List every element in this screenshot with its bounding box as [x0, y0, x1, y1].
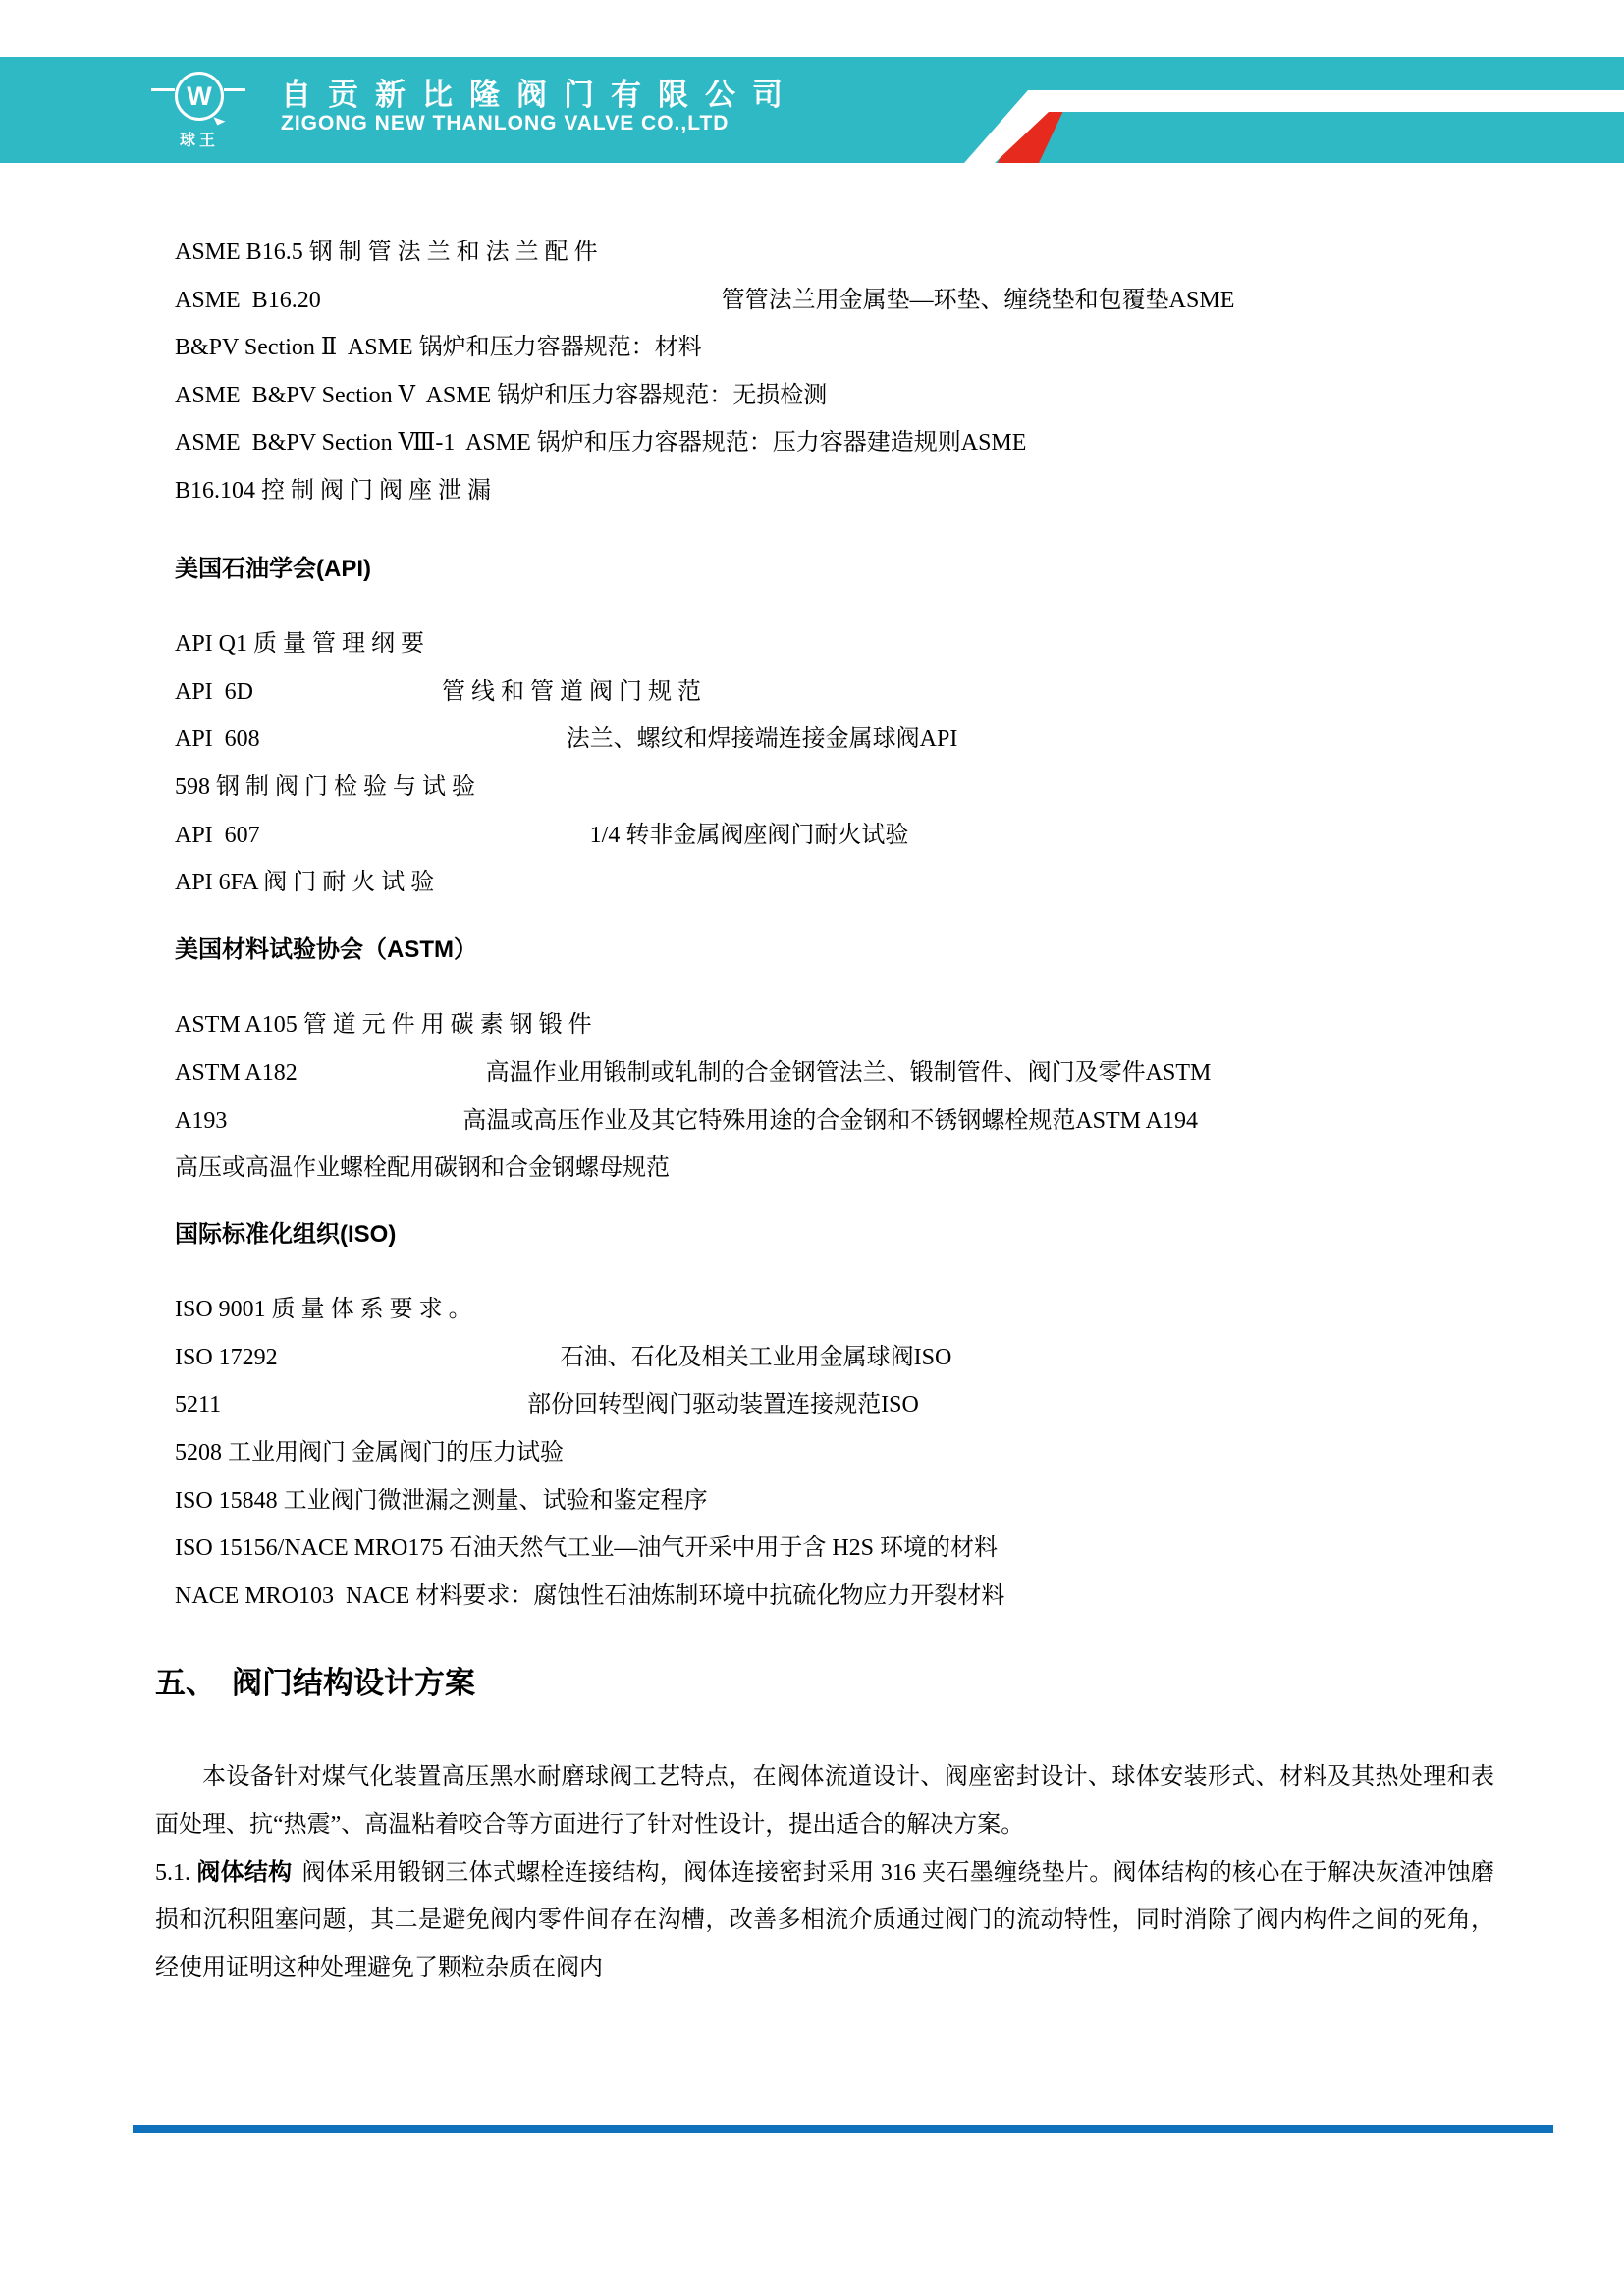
logo-subtext: 球王 [165, 128, 234, 150]
standard-line: ISO 9001 质 量 体 系 要 求 。 [155, 1286, 1494, 1334]
header-band: W 球王 自贡新比隆阀门有限公司 ZIGONG NEW THANLONG VAL… [0, 57, 1624, 163]
section-heading-iso: 国际标准化组织(ISO) [155, 1211, 1494, 1259]
standard-line: API 607 1/4 转非金属阀座阀门耐火试验 [155, 812, 1494, 860]
document-content: ASME B16.5 钢 制 管 法 兰 和 法 兰 配 件 ASME B16.… [155, 229, 1494, 1992]
standard-line: NACE MRO103 NACE 材料要求：腐蚀性石油炼制环境中抗硫化物应力开裂… [155, 1573, 1494, 1621]
standard-line: API 6FA 阀 门 耐 火 试 验 [155, 859, 1494, 907]
standard-line: ASME B16.5 钢 制 管 法 兰 和 法 兰 配 件 [155, 229, 1494, 277]
subsection-body: 阀体采用锻钢三体式螺栓连接结构，阀体连接密封采用 316 夹石墨缠绕垫片。阀体结… [155, 1860, 1494, 1981]
company-name-chinese: 自贡新比隆阀门有限公司 [281, 70, 799, 114]
standard-line: ASTM A182 高温作业用锻制或轧制的合金钢管法兰、锻制管件、阀门及零件AS… [155, 1049, 1494, 1097]
standard-line: ISO 15848 工业阀门微泄漏之测量、试验和鉴定程序 [155, 1477, 1494, 1525]
standard-line: ASTM A105 管 道 元 件 用 碳 素 钢 锻 件 [155, 1001, 1494, 1049]
standard-line: A193 高温或高压作业及其它特殊用途的合金钢和不锈钢螺栓规范ASTM A194 [155, 1097, 1494, 1146]
logo-line-right [224, 88, 245, 91]
chapter-number: 五、 [155, 1666, 216, 1700]
footer-bar [133, 2125, 1553, 2133]
standard-line: B16.104 控 制 阀 门 阀 座 泄 漏 [155, 467, 1494, 515]
standard-line: 5208 工业用阀门 金属阀门的压力试验 [155, 1429, 1494, 1477]
standard-line: ISO 17292 石油、石化及相关工业用金属球阀ISO [155, 1334, 1494, 1382]
paragraph-body-structure: 5.1.阀体结构阀体采用锻钢三体式螺栓连接结构，阀体连接密封采用 316 夹石墨… [155, 1849, 1494, 1993]
subsection-title: 阀体结构 [196, 1859, 292, 1886]
standard-line: B&PV Section Ⅱ ASME 锅炉和压力容器规范：材料 [155, 324, 1494, 372]
section-heading-astm: 美国材料试验协会（ASTM） [155, 927, 1494, 975]
subsection-number: 5.1. [155, 1860, 190, 1886]
logo-line-left [151, 88, 175, 91]
standard-line: 5211 部份回转型阀门驱动装置连接规范ISO [155, 1381, 1494, 1429]
company-logo-icon: W [175, 72, 224, 121]
chapter-heading: 五、阀门结构设计方案 [135, 1660, 1494, 1707]
standard-line: API 6D 管 线 和 管 道 阀 门 规 范 [155, 668, 1494, 717]
company-name-english: ZIGONG NEW THANLONG VALVE CO.,LTD [281, 112, 729, 135]
standard-line: ASME B&PV Section Ⅷ-1 ASME 锅炉和压力容器规范：压力容… [155, 419, 1494, 467]
standard-line: 598 钢 制 阀 门 检 验 与 试 验 [155, 764, 1494, 812]
paragraph-overview: 本设备针对煤气化装置高压黑水耐磨球阀工艺特点，在阀体流道设计、阀座密封设计、球体… [155, 1753, 1494, 1848]
standard-line: API 608 法兰、螺纹和焊接端连接金属球阀API [155, 716, 1494, 764]
standard-line: ASME B16.20 管管法兰用金属垫—环垫、缠绕垫和包覆垫ASME [155, 277, 1494, 325]
standard-line: API Q1 质 量 管 理 纲 要 [155, 620, 1494, 668]
chapter-title: 阀门结构设计方案 [232, 1666, 475, 1700]
standard-line: ISO 15156/NACE MRO175 石油天然气工业—油气开采中用于含 H… [155, 1524, 1494, 1573]
document-page: W 球王 自贡新比隆阀门有限公司 ZIGONG NEW THANLONG VAL… [0, 0, 1624, 2296]
standard-line: 高压或高温作业螺栓配用碳钢和合金钢螺母规范 [155, 1145, 1494, 1193]
header-ribbon-decoration [0, 57, 1624, 163]
section-heading-api: 美国石油学会(API) [155, 546, 1494, 594]
standard-line: ASME B&PV Section Ⅴ ASME 锅炉和压力容器规范：无损检测 [155, 372, 1494, 420]
